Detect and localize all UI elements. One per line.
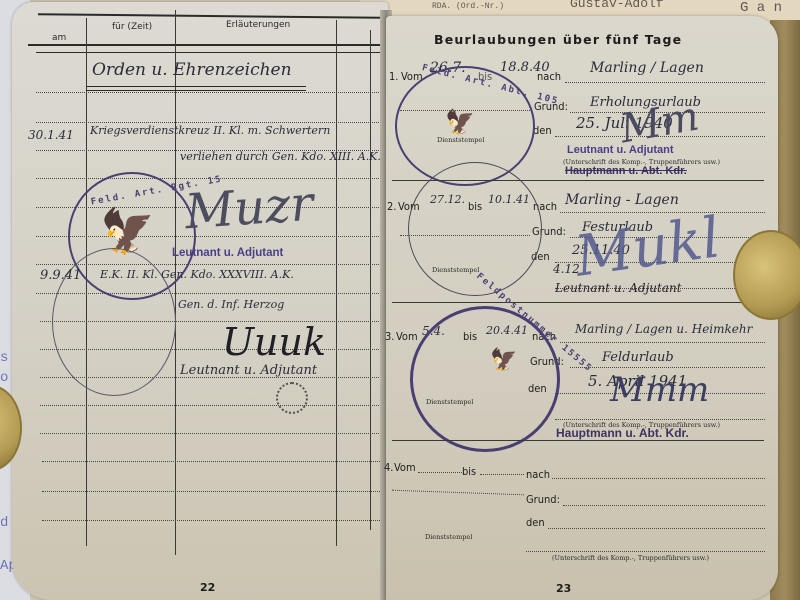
ruled-line [40, 433, 381, 434]
field-line [560, 342, 765, 343]
label-dienststempel: Dienststempel [437, 136, 484, 144]
handwritten-rank: Leutnant u. Adjutant [555, 281, 682, 295]
label-dienststempel: Dienststempel [432, 266, 479, 274]
label-den: den [526, 516, 545, 529]
backdrop-ord-nr: RDA. (Ord.-Nr.) [432, 2, 504, 11]
label-vom: Vom [396, 330, 418, 343]
page-number-left: 22 [200, 581, 215, 594]
label-dienststempel: Dienststempel [425, 533, 472, 541]
nach-field [552, 478, 765, 479]
ruled-line [36, 122, 381, 123]
entry-text: E.K. II. Kl. Gen. Kdo. XXXVIII. A.K. [100, 268, 294, 281]
ruled-line [42, 520, 382, 521]
ruled-line [36, 92, 381, 93]
rank-stamp-leutnant: Leutnant u. Adjutant [567, 144, 674, 156]
page-title: Beurlaubungen über fünf Tage [434, 32, 682, 47]
backdrop-left-text: d [0, 515, 8, 531]
rank-stamp-hauptmann-struck: Hauptmann u. Abt. Kdr. [565, 165, 687, 177]
section-heading-orden: Orden u. Ehrenzeichen [92, 60, 292, 80]
coin-weight-right [733, 230, 800, 320]
entry-separator [392, 440, 764, 441]
signature-field [526, 551, 765, 552]
handwritten-rank: Leutnant u. Adjutant [180, 363, 317, 378]
nach-value: Marling / Lagen u. Heimkehr [575, 322, 752, 336]
label-dienststempel: Dienststempel [426, 398, 473, 406]
column-divider [370, 30, 371, 530]
label-grund: Grund: [526, 493, 560, 506]
ruled-line [42, 461, 382, 462]
column-divider [336, 20, 337, 546]
ruled-line [40, 405, 381, 406]
label-den: den [533, 124, 552, 137]
entry-number: 3. [385, 330, 394, 343]
entry-date: 30.1.41 [28, 128, 74, 142]
rank-stamp-hauptmann: Hauptmann u. Abt. Kdr. [556, 426, 689, 440]
eagle-emblem-icon: 🦅 [490, 350, 517, 372]
entry-number: 2. [387, 200, 396, 213]
column-header-am: am [52, 33, 66, 43]
entry-separator [392, 302, 764, 303]
column-header-fuer-zeit: für (Zeit) [112, 22, 152, 32]
table-header-rule [28, 44, 383, 46]
label-bis: bis [462, 465, 476, 478]
bis-field [480, 474, 524, 475]
label-nach: nach [537, 70, 561, 83]
entry-text: Kriegsverdienstkreuz II. Kl. m. Schwerte… [90, 124, 330, 137]
heading-underline [86, 90, 306, 91]
nach-value: Marling / Lagen [590, 60, 704, 76]
field-line [570, 367, 765, 368]
entry-number: 1. [389, 70, 398, 83]
column-header-erlaeuterungen: Erläuterungen [226, 20, 290, 30]
page-number-right: 23 [556, 582, 571, 595]
handwritten-signature: Mmm [610, 370, 709, 410]
rank-stamp-leutnant: Leutnant u. Adjutant [172, 247, 283, 259]
entry-date: 9.9.41 [40, 268, 81, 283]
backdrop-name: Gustav-Adolf [570, 0, 664, 11]
field-line [555, 419, 765, 420]
signature-caption: (Unterschrift des Komp.-, Truppenführers… [552, 554, 709, 562]
backdrop-left-text: o [0, 370, 8, 386]
backdrop-surname: G a n [740, 0, 782, 16]
vom-field [418, 472, 462, 473]
handwritten-signature: Muzr [183, 176, 315, 241]
faded-stamp [408, 162, 542, 296]
grund-field [563, 505, 765, 506]
eagle-emblem-icon: 🦅 [445, 110, 475, 134]
backdrop-left-text: s [0, 350, 8, 366]
label-nach: nach [526, 468, 550, 481]
heading-underline [86, 86, 306, 87]
nach-value: Marling - Lagen [565, 192, 679, 208]
grund-value: Feldurlaub [602, 350, 674, 365]
den-field [548, 528, 765, 529]
handwritten-signature: Uuuk [222, 320, 326, 364]
table-header-rule-2 [36, 52, 386, 53]
entry-number: 4. [384, 461, 393, 474]
field-line [565, 82, 765, 83]
faded-small-stamp [276, 382, 308, 414]
entry-text: verliehen durch Gen. Kdo. XIII. A.K. [180, 150, 381, 163]
entry-text: Gen. d. Inf. Herzog [178, 298, 284, 311]
label-vom: Vom [394, 461, 416, 474]
ruled-line [42, 491, 382, 492]
